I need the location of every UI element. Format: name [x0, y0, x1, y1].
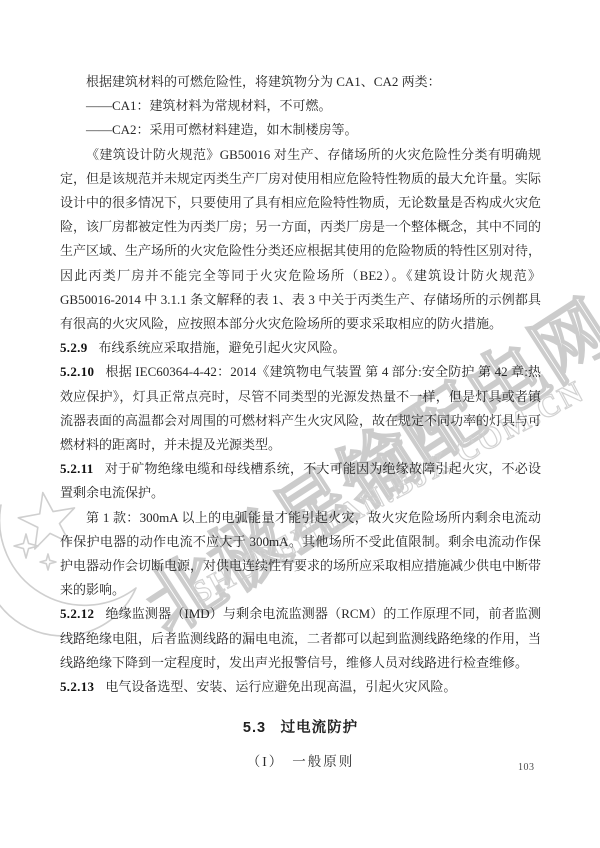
section-title: 过电流防护	[281, 720, 359, 736]
clause-paragraph-list: 根据建筑材料的可燃危险性，将建筑物分为 CA1、CA2 两类：——CA1：建筑材…	[60, 70, 541, 699]
clause-paragraph: 5.2.12绝缘监测器（IMD）与剩余电流监测器（RCM）的工作原理不同，前者监…	[60, 602, 541, 675]
clause-paragraph: 5.2.9布线系统应采取措施，避免引起火灾风险。	[60, 336, 541, 360]
paragraph: ——CA1：建筑材料为常规材料，不可燃。	[60, 94, 541, 118]
paragraph: ——CA2：采用可燃材料建造，如木制楼房等。	[60, 118, 541, 142]
subsection-title: 一般原则	[292, 754, 354, 769]
clause-number: 5.2.13	[60, 679, 94, 694]
paragraph: 第 1 款：300mA 以上的电弧能量才能引起火灾，故火灾危险场所内剩余电流动作…	[60, 506, 541, 603]
document-page: 北极星输配电网 SHUPEIDIAN.BJX.COM.CN 根据建筑材料的可燃危…	[0, 0, 600, 848]
logo-sparkle	[40, 554, 56, 570]
clause-number: 5.2.10	[60, 364, 94, 379]
paragraph: 《建筑设计防火规范》GB50016 对生产、存储场所的火灾危险性分类有明确规定，…	[60, 143, 541, 337]
section-number: 5.3	[243, 720, 266, 736]
clause-paragraph: 5.2.13电气设备选型、安装、运行应避免出现高温，引起火灾风险。	[60, 675, 541, 699]
logo-sparkle	[14, 534, 38, 558]
clause-number: 5.2.11	[60, 461, 94, 476]
subsection-heading: （I）一般原则	[60, 750, 541, 770]
paragraph: 根据建筑材料的可燃危险性，将建筑物分为 CA1、CA2 两类：	[60, 70, 541, 94]
document-body: 根据建筑材料的可燃危险性，将建筑物分为 CA1、CA2 两类：——CA1：建筑材…	[60, 70, 541, 770]
clause-number: 5.2.12	[60, 606, 94, 621]
clause-paragraph: 5.2.10根据 IEC60364-4-42：2014《建筑物电气装置 第 4 …	[60, 360, 541, 457]
section-heading: 5.3过电流防护	[60, 716, 541, 737]
page-number: 103	[518, 762, 535, 773]
subsection-label: （I）	[247, 754, 285, 769]
clause-number: 5.2.9	[60, 340, 88, 355]
clause-paragraph: 5.2.11对于矿物绝缘电缆和母线槽系统，不大可能因为绝缘故障引起火灾，不必设置…	[60, 457, 541, 505]
